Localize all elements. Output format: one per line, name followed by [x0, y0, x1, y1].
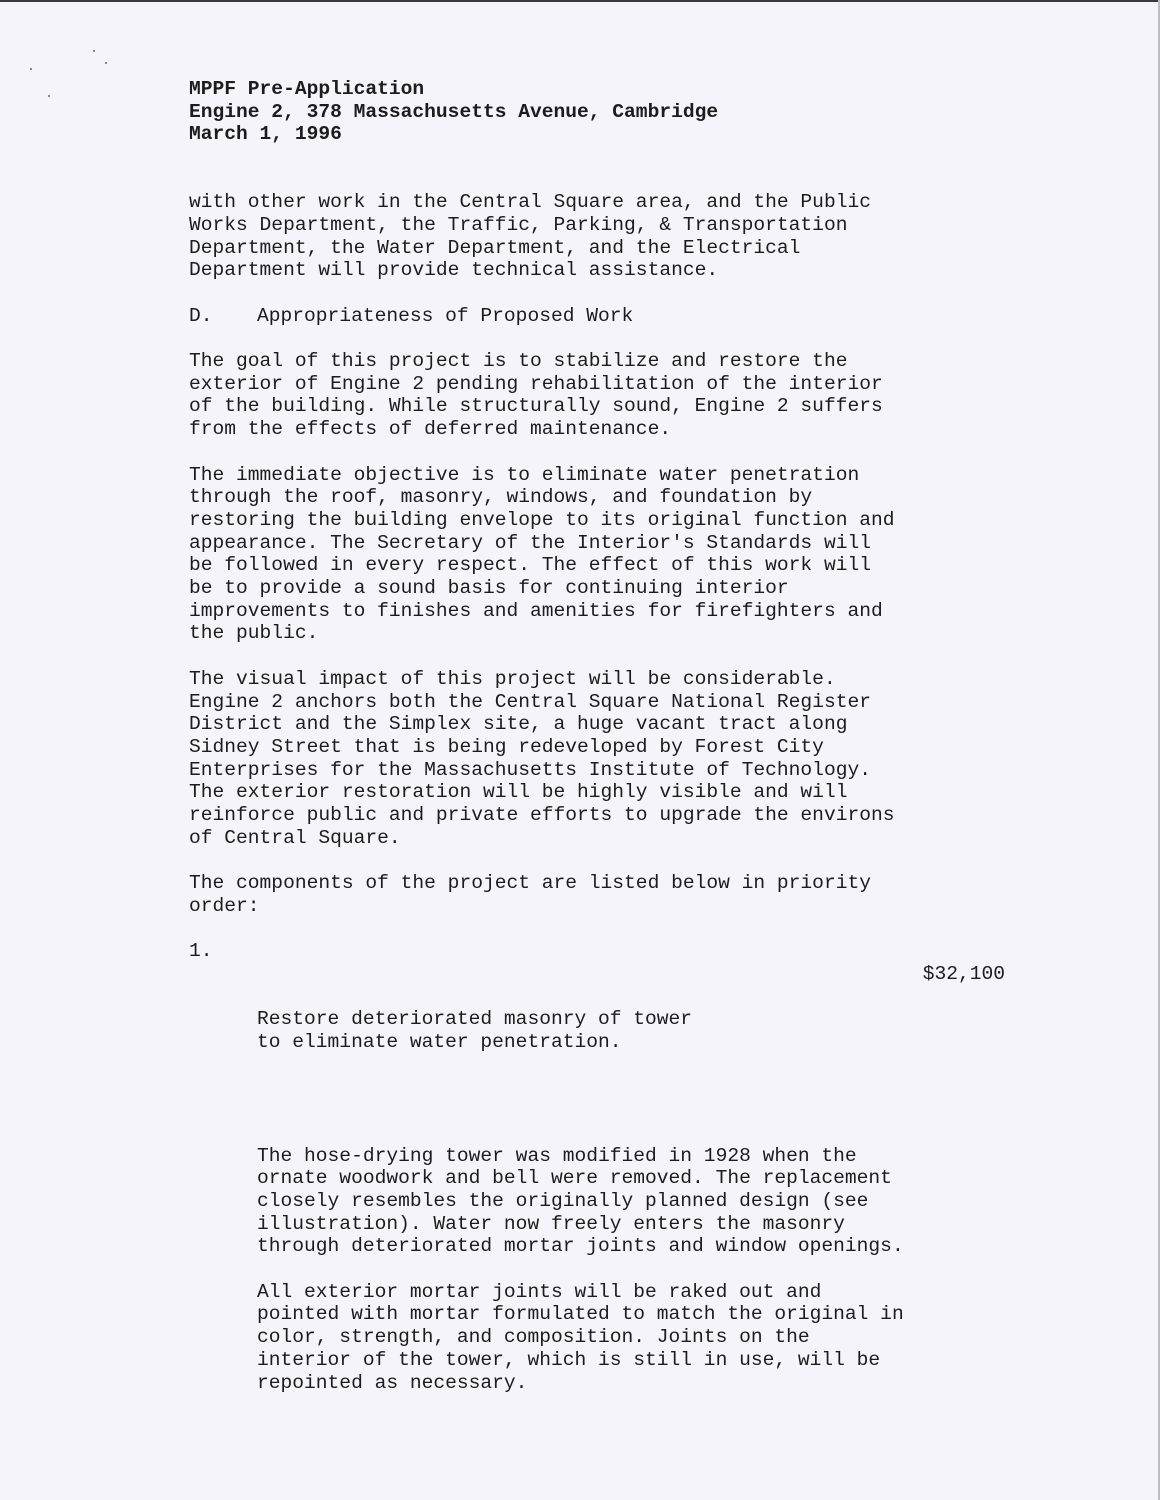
text-line: reinforce public and private efforts to … — [189, 804, 1029, 827]
section-heading: D.Appropriateness of Proposed Work — [189, 305, 1029, 328]
text-line: Department, the Water Department, and th… — [189, 237, 1029, 260]
text-line: through the roof, masonry, windows, and … — [189, 486, 1029, 509]
text-line: closely resembles the originally planned… — [257, 1190, 1029, 1213]
continuation-paragraph: with other work in the Central Square ar… — [189, 191, 1029, 282]
text-line: from the effects of deferred maintenance… — [189, 418, 1029, 441]
component-detail-repointing: All exterior mortar joints will be raked… — [257, 1281, 1029, 1395]
text-line: Enterprises for the Massachusetts Instit… — [189, 759, 1029, 782]
section-letter: D. — [189, 305, 257, 328]
text-line: restoring the building envelope to its o… — [189, 509, 1029, 532]
document-header: MPPF Pre-Application Engine 2, 378 Massa… — [189, 78, 1029, 146]
text-line: with other work in the Central Square ar… — [189, 191, 1029, 214]
text-line: appearance. The Secretary of the Interio… — [189, 532, 1029, 555]
text-line: the public. — [189, 622, 1029, 645]
text-line: All exterior mortar joints will be raked… — [257, 1281, 1029, 1304]
text-line: be followed in every respect. The effect… — [189, 554, 1029, 577]
text-line: interior of the tower, which is still in… — [257, 1349, 1029, 1372]
text-line: The components of the project are listed… — [189, 872, 1029, 895]
text-line: improvements to finishes and amenities f… — [189, 600, 1029, 623]
paragraph-objective: The immediate objective is to eliminate … — [189, 464, 1029, 646]
component-detail-history: The hose-drying tower was modified in 19… — [257, 1145, 1029, 1259]
text-line: order: — [189, 895, 1029, 918]
component-title: Restore deteriorated masonry of towerto … — [257, 1008, 1029, 1053]
text-line: Department will provide technical assist… — [189, 259, 1029, 282]
text-line: exterior of Engine 2 pending rehabilitat… — [189, 373, 1029, 396]
scan-top-edge — [0, 0, 1160, 2]
header-date: March 1, 1996 — [189, 123, 1029, 146]
text-line: color, strength, and composition. Joints… — [257, 1326, 1029, 1349]
text-line: The exterior restoration will be highly … — [189, 781, 1029, 804]
paragraph-components-intro: The components of the project are listed… — [189, 872, 1029, 917]
text-line: of the building. While structurally soun… — [189, 395, 1029, 418]
text-line: Works Department, the Traffic, Parking, … — [189, 214, 1029, 237]
text-line: The visual impact of this project will b… — [189, 668, 1029, 691]
component-cost: $32,100 — [923, 963, 1005, 986]
component-number: 1. — [189, 940, 213, 963]
document-page: MPPF Pre-Application Engine 2, 378 Massa… — [189, 78, 1029, 1394]
text-line: District and the Simplex site, a huge va… — [189, 713, 1029, 736]
text-line: The immediate objective is to eliminate … — [189, 464, 1029, 487]
text-line: illustration). Water now freely enters t… — [257, 1213, 1029, 1236]
text-line: to eliminate water penetration. — [257, 1031, 1029, 1054]
text-line: Engine 2 anchors both the Central Square… — [189, 691, 1029, 714]
section-title: Appropriateness of Proposed Work — [257, 305, 633, 327]
text-line: The hose-drying tower was modified in 19… — [257, 1145, 1029, 1168]
text-line: ornate woodwork and bell were removed. T… — [257, 1167, 1029, 1190]
component-item: 1. Restore deteriorated masonry of tower… — [189, 940, 1029, 1122]
text-line: of Central Square. — [189, 827, 1029, 850]
header-program: MPPF Pre-Application — [189, 78, 1029, 101]
paragraph-visual-impact: The visual impact of this project will b… — [189, 668, 1029, 850]
text-line: Restore deteriorated masonry of tower — [257, 1008, 1029, 1031]
paragraph-goal: The goal of this project is to stabilize… — [189, 350, 1029, 441]
text-line: through deteriorated mortar joints and w… — [257, 1235, 1029, 1258]
text-line: Sidney Street that is being redeveloped … — [189, 736, 1029, 759]
text-line: pointed with mortar formulated to match … — [257, 1303, 1029, 1326]
text-line: The goal of this project is to stabilize… — [189, 350, 1029, 373]
header-address: Engine 2, 378 Massachusetts Avenue, Camb… — [189, 101, 1029, 124]
text-line: repointed as necessary. — [257, 1372, 1029, 1395]
text-line: be to provide a sound basis for continui… — [189, 577, 1029, 600]
